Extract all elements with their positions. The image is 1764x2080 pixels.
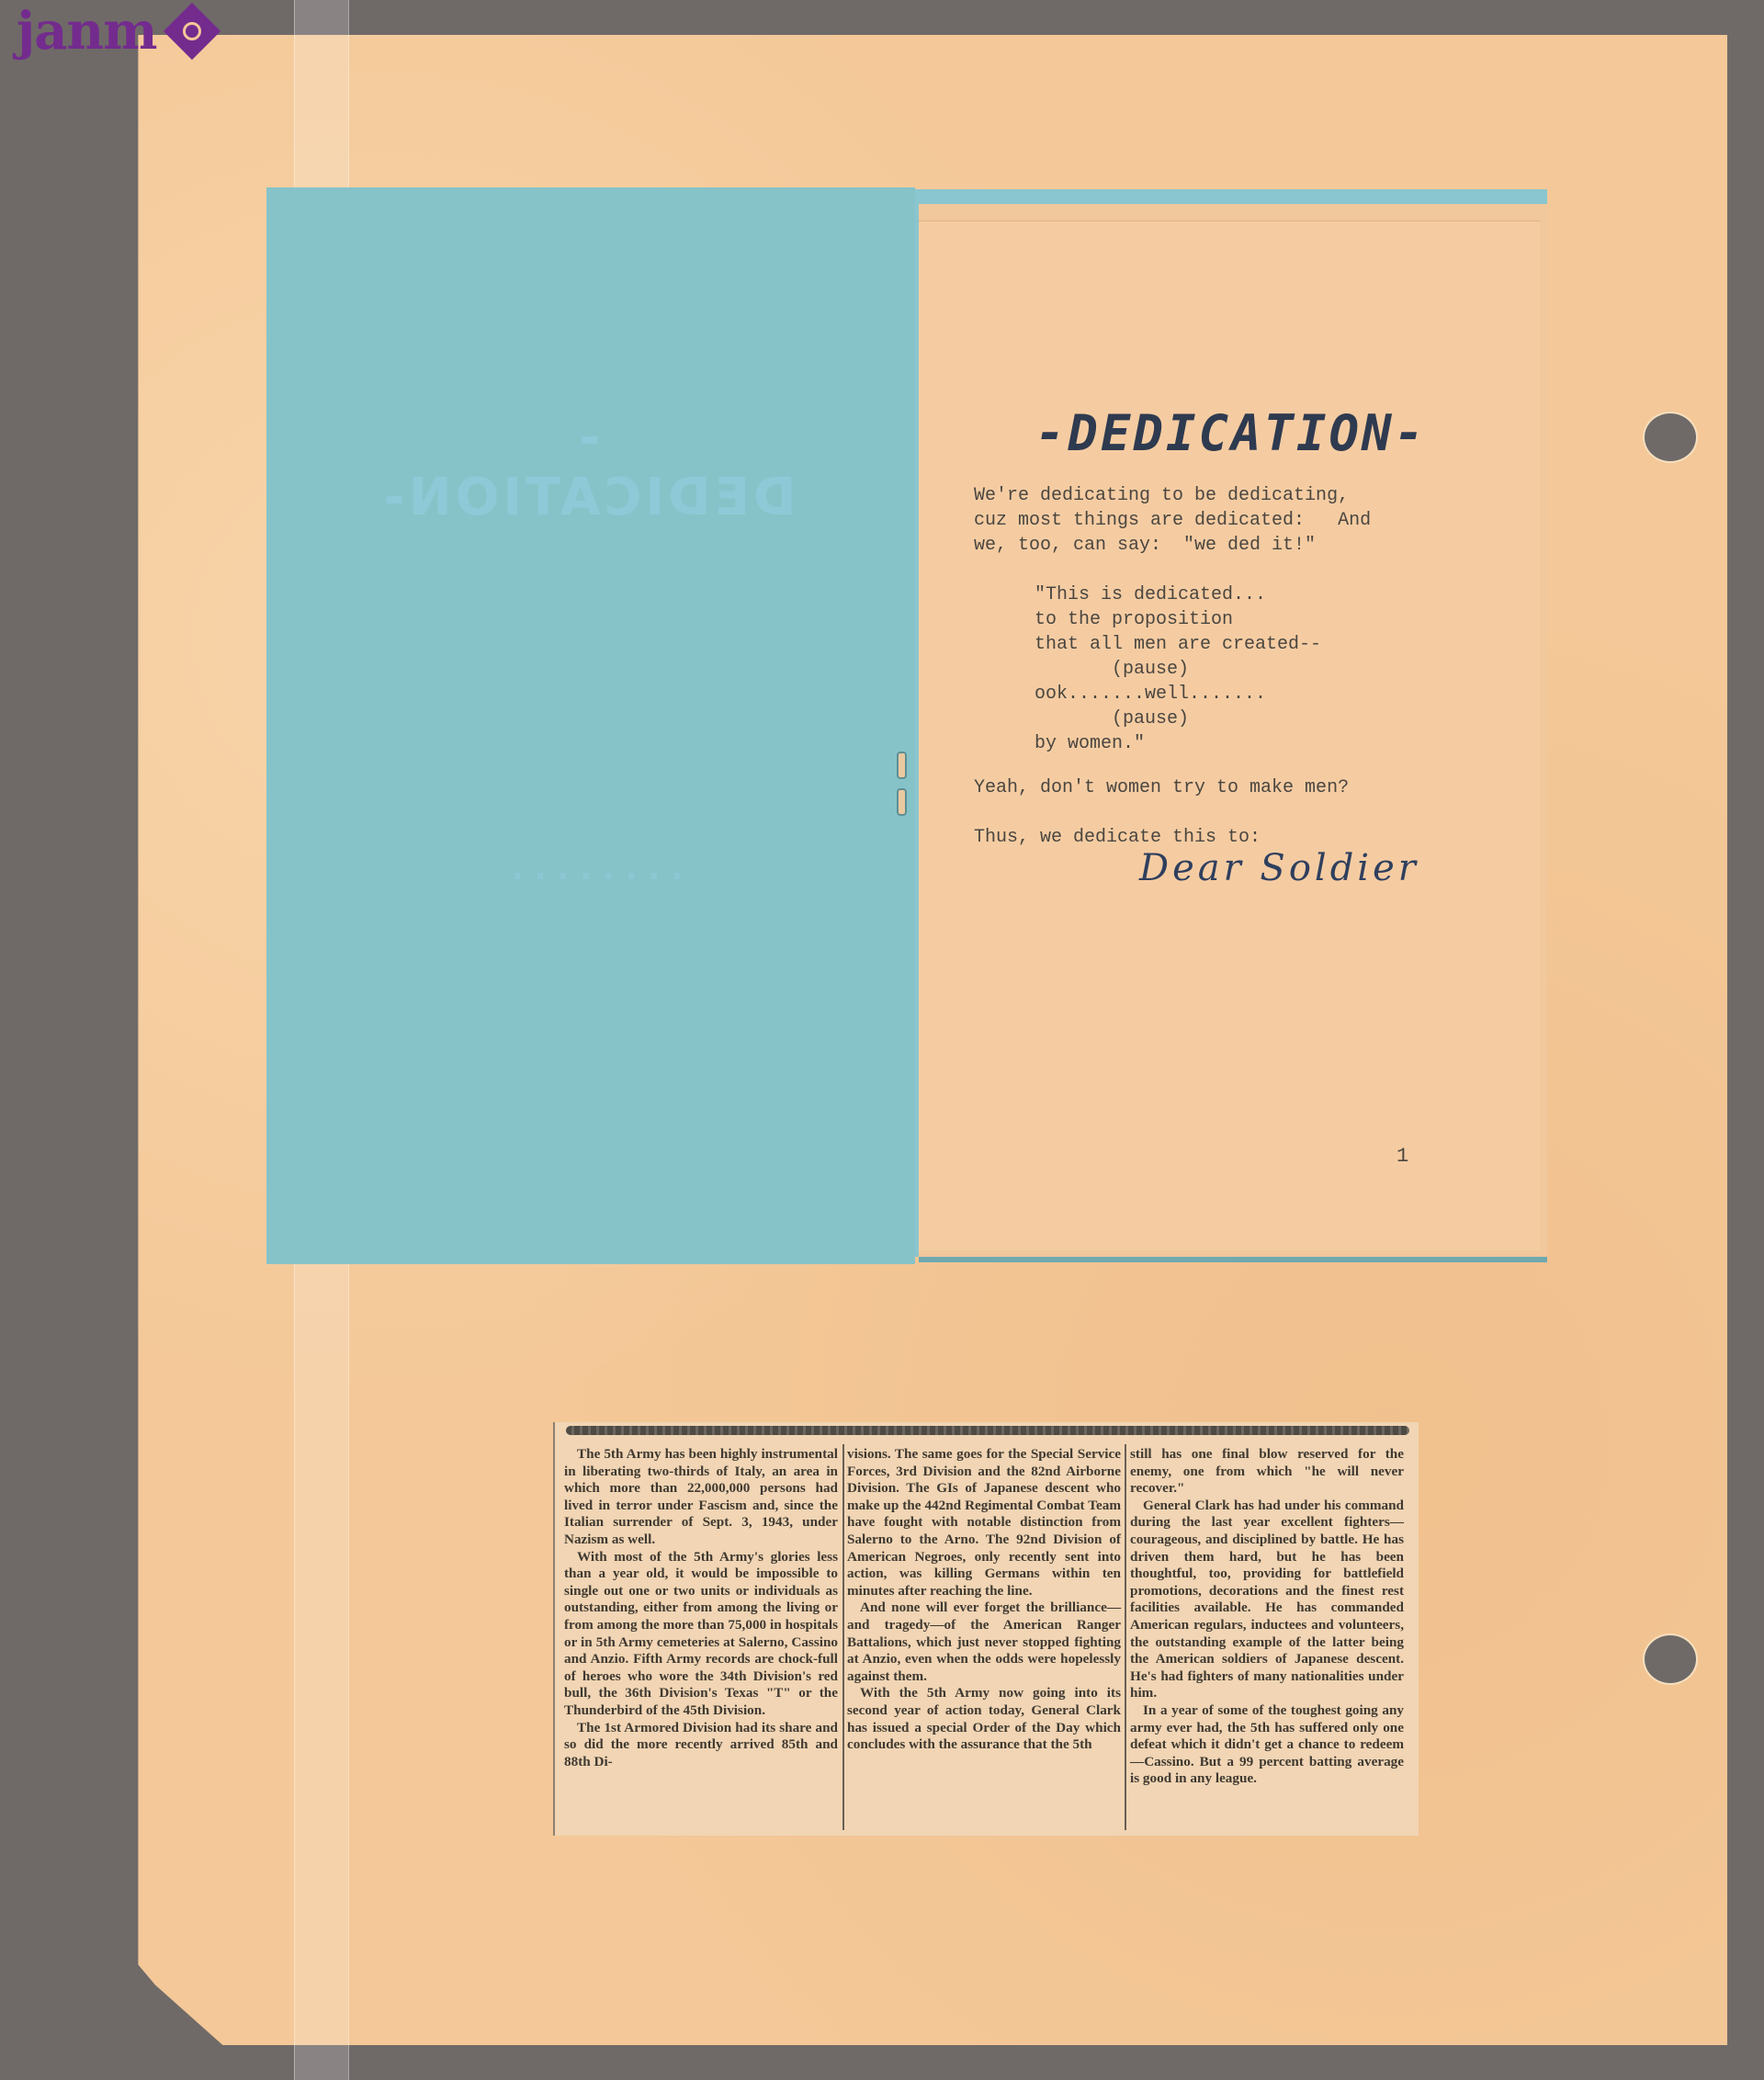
clipping-paragraph: With most of the 5th Army's glories less… xyxy=(564,1549,838,1720)
newspaper-clipping: The 5th Army has been highly instrumenta… xyxy=(553,1422,1419,1836)
binder-hole xyxy=(1645,413,1696,461)
dedication-intro: We're dedicating to be dedicating, cuz m… xyxy=(974,483,1371,558)
janm-logo[interactable]: janm xyxy=(17,6,212,57)
clipping-paragraph: The 5th Army has been highly instrumenta… xyxy=(564,1446,838,1549)
handwritten-signature: Dear Soldier xyxy=(1139,847,1419,889)
clipping-paragraph: With the 5th Army now going into its sec… xyxy=(847,1685,1121,1753)
binder-hole xyxy=(1645,1635,1696,1683)
clipping-paragraph: General Clark has had under his command … xyxy=(1130,1498,1404,1702)
dedication-line-thus: Thus, we dedicate this to: xyxy=(974,825,1261,850)
clipping-paragraph: visions. The same goes for the Special S… xyxy=(847,1446,1121,1600)
clipping-paragraph: still has one final blow reserved for th… xyxy=(1130,1446,1404,1498)
clipping-column-3: still has one final blow reserved for th… xyxy=(1130,1446,1404,1788)
dedication-verse: "This is dedicated... to the proposition… xyxy=(1035,582,1321,756)
clipping-column-1: The 5th Army has been highly instrumenta… xyxy=(564,1446,838,1770)
clipping-header-rule xyxy=(566,1426,1409,1435)
clipping-column-2: visions. The same goes for the Special S… xyxy=(847,1446,1121,1754)
booklet-front-cover: -DEDICATION- · · · · · · · · xyxy=(266,187,915,1264)
janm-diamond-crest-icon xyxy=(163,3,220,60)
logo-text: janm xyxy=(17,6,157,57)
cover-ghost-title: -DEDICATION- xyxy=(377,408,799,527)
staple-icon xyxy=(897,752,907,779)
column-divider xyxy=(1125,1444,1126,1830)
staple-icon xyxy=(897,788,907,816)
column-divider xyxy=(842,1444,844,1830)
dedication-line-yeah: Yeah, don't women try to make men? xyxy=(974,775,1349,800)
dedication-title: -DEDICATION- xyxy=(1011,404,1452,462)
cover-ghost-subtitle: · · · · · · · · xyxy=(386,858,808,895)
clipping-paragraph: In a year of some of the toughest going … xyxy=(1130,1702,1404,1788)
page-number: 1 xyxy=(1396,1145,1408,1168)
clipping-paragraph: And none will ever forget the brilliance… xyxy=(847,1600,1121,1685)
clipping-paragraph: The 1st Armored Division had its share a… xyxy=(564,1720,838,1771)
